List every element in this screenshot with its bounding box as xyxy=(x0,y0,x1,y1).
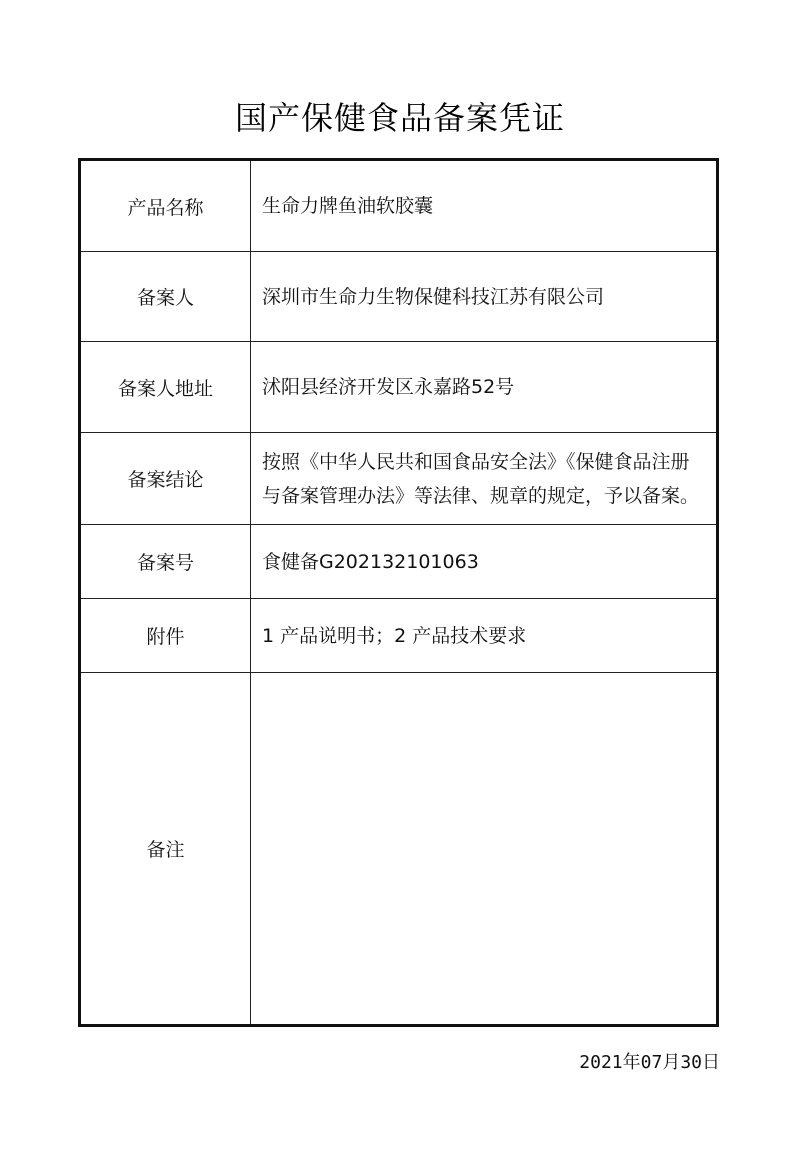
label-product-name: 产品名称 xyxy=(80,160,251,252)
label-conclusion: 备案结论 xyxy=(80,433,251,525)
table-row-filer: 备案人 深圳市生命力生物保健科技江苏有限公司 xyxy=(80,252,718,342)
value-filer: 深圳市生命力生物保健科技江苏有限公司 xyxy=(251,252,718,342)
table-row-attachments: 附件 1 产品说明书；2 产品技术要求 xyxy=(80,599,718,673)
table-row-conclusion: 备案结论 按照《中华人民共和国食品安全法》《保健食品注册 与备案管理办法》等法律… xyxy=(80,433,718,525)
label-filer-address: 备案人地址 xyxy=(80,342,251,433)
value-attachments: 1 产品说明书；2 产品技术要求 xyxy=(251,599,718,673)
value-conclusion: 按照《中华人民共和国食品安全法》《保健食品注册 与备案管理办法》等法律、规章的规… xyxy=(251,433,718,525)
label-filer: 备案人 xyxy=(80,252,251,342)
value-filer-address: 沭阳县经济开发区永嘉路52号 xyxy=(251,342,718,433)
issue-date: 2021年07月30日 xyxy=(579,1048,720,1074)
table-row-product-name: 产品名称 生命力牌鱼油软胶囊 xyxy=(80,160,718,252)
document-title: 国产保健食品备案凭证 xyxy=(0,96,800,140)
label-remarks: 备注 xyxy=(80,673,251,1026)
table-row-remarks: 备注 xyxy=(80,673,718,1026)
value-remarks xyxy=(251,673,718,1026)
record-table: 产品名称 生命力牌鱼油软胶囊 备案人 深圳市生命力生物保健科技江苏有限公司 备案… xyxy=(78,158,719,1027)
table-row-filing-number: 备案号 食健备G202132101063 xyxy=(80,525,718,599)
conclusion-line-1: 按照《中华人民共和国食品安全法》《保健食品注册 xyxy=(262,445,708,479)
conclusion-line-2: 与备案管理办法》等法律、规章的规定，予以备案。 xyxy=(262,479,708,513)
value-product-name: 生命力牌鱼油软胶囊 xyxy=(251,160,718,252)
label-filing-number: 备案号 xyxy=(80,525,251,599)
value-filing-number: 食健备G202132101063 xyxy=(251,525,718,599)
label-attachments: 附件 xyxy=(80,599,251,673)
table-row-filer-address: 备案人地址 沭阳县经济开发区永嘉路52号 xyxy=(80,342,718,433)
